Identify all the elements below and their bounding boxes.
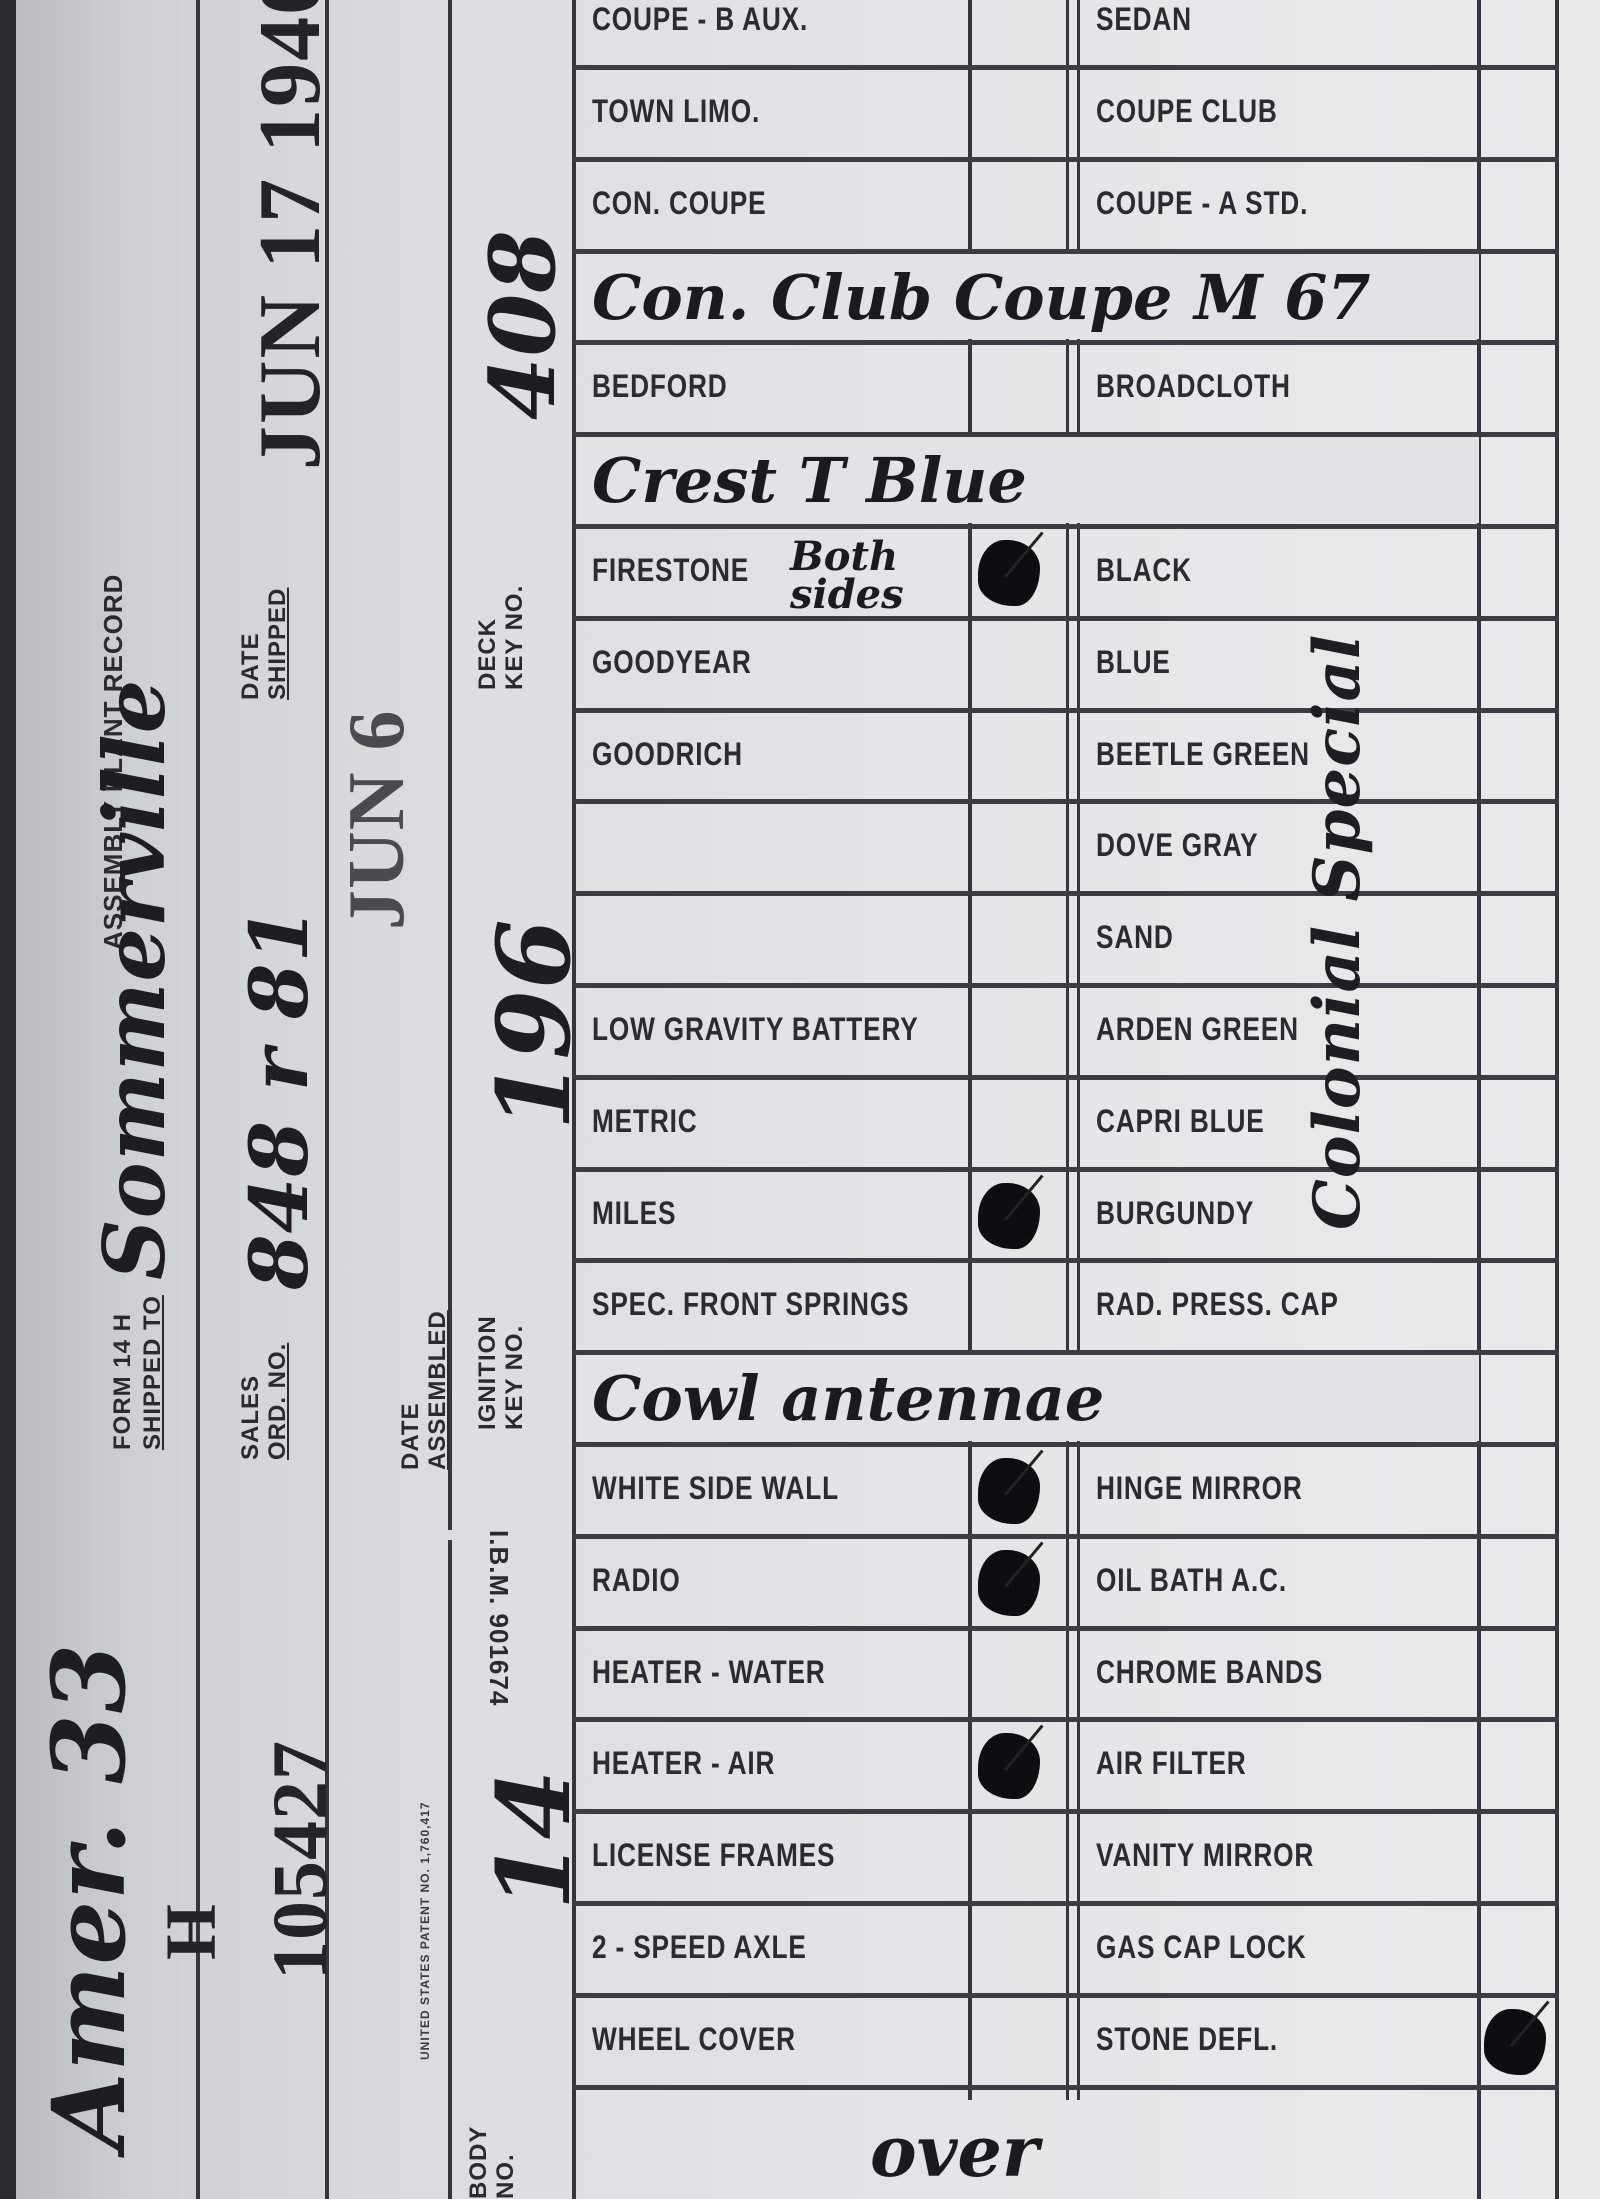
body-no-label-2: NO. [493,2153,519,2199]
option-label-left: MILES [592,1195,676,1232]
handwritten-entry: Crest T Blue [592,444,1027,517]
option-label-right: SAND [1096,919,1174,956]
option-checkbox-right[interactable] [1481,526,1555,618]
date-assembled-stamp: JUN 6 [332,709,423,930]
option-checkbox-right[interactable] [1481,1077,1555,1169]
ignition-key-label-2: KEY NO. [502,1325,528,1430]
table-right-rule [1555,0,1559,2199]
shipped-to-value: Sommerville [85,679,184,1280]
deck-key-value: 408 [470,229,576,420]
rule [196,0,200,2199]
option-label-left: GOODRICH [592,736,743,773]
option-label-left: BEDFORD [592,368,727,405]
option-checkbox-right[interactable] [1481,67,1555,159]
form-number: FORM 14 H [110,1313,136,1450]
option-label-left: SPEC. FRONT SPRINGS [592,1286,909,1323]
patent-text: UNITED STATES PATENT NO. 1,760,417 [418,1802,432,2061]
option-checkbox-right[interactable] [1481,159,1555,251]
option-label-right: ARDEN GREEN [1096,1011,1299,1048]
option-label-right: BLUE [1096,644,1171,681]
option-checkbox-left[interactable] [972,1903,1066,1995]
deck-key-label: DECK [475,618,501,690]
option-label-left: WHEEL COVER [592,2021,796,2058]
shipped-to-label: SHIPPED TO [140,1295,166,1450]
option-checkbox-left[interactable] [972,159,1066,251]
option-label-left: RADIO [592,1562,681,1599]
option-checkbox-right[interactable] [1481,801,1555,893]
punch-mark-icon [978,540,1040,606]
option-checkbox-left[interactable] [972,801,1066,893]
option-checkbox-right[interactable] [1481,1260,1555,1352]
ignition-key-label: IGNITION [475,1315,501,1430]
option-label-right: GAS CAP LOCK [1096,1929,1307,1966]
option-checkbox-right[interactable] [1481,1536,1555,1628]
option-label-right: BEETLE GREEN [1096,736,1310,773]
option-checkbox-right[interactable] [1481,1903,1555,1995]
option-label-right: OIL BATH A.C. [1096,1562,1287,1599]
ignition-key-value: 196 [475,918,593,1130]
option-label-right: COUPE - A STD. [1096,185,1308,222]
option-label-left: CON. COUPE [592,185,766,222]
option-checkbox-left[interactable] [972,710,1066,802]
option-checkbox-right[interactable] [1481,1628,1555,1720]
option-checkbox-left[interactable] [972,342,1066,434]
date-assembled-label: DATE [398,1402,424,1470]
option-label-left: GOODYEAR [592,644,752,681]
option-checkbox-left[interactable] [972,1260,1066,1352]
option-checkbox-right[interactable] [1481,1811,1555,1903]
handwritten-entry: Cowl antennae [592,1362,1104,1435]
footer-note: over [870,2110,1039,2193]
option-label-right: RAD. PRESS. CAP [1096,1286,1339,1323]
option-label-right: HINGE MIRROR [1096,1470,1303,1507]
option-label-right: SEDAN [1096,1,1192,38]
sales-order-label-2: ORD. NO. [265,1343,291,1460]
punch-mark-icon [1484,2009,1546,2075]
deck-key-label-2: KEY NO. [502,585,528,690]
ibm-number: I.B.M. 901674 [486,1530,512,1706]
option-checkbox-left[interactable] [972,0,1066,67]
option-label-right: BROADCLOTH [1096,368,1291,405]
option-checkbox-left[interactable] [972,618,1066,710]
sales-order-label: SALES [238,1375,264,1460]
option-label-left: LICENSE FRAMES [592,1837,835,1874]
serial-prefix: H [150,1903,233,1960]
body-no-value: 14 [475,1769,593,1910]
option-checkbox-right[interactable] [1481,985,1555,1077]
body-no-label: BODY [466,2126,492,2199]
option-label-left: LOW GRAVITY BATTERY [592,1011,919,1048]
option-label-right: VANITY MIRROR [1096,1837,1314,1874]
option-label-left: FIRESTONE [592,552,749,589]
option-label-left: COUPE - B AUX. [592,1,808,38]
sales-order-value: 848 r 81 [232,906,326,1290]
option-label-right: BLACK [1096,552,1192,589]
option-checkbox-right[interactable] [1481,710,1555,802]
option-checkbox-left[interactable] [972,985,1066,1077]
option-checkbox-right[interactable] [1481,1719,1555,1811]
option-label-left: WHITE SIDE WALL [592,1470,839,1507]
option-label-left: HEATER - WATER [592,1654,826,1691]
option-label-left: TOWN LIMO. [592,93,760,130]
date-shipped-label-2: SHIPPED [265,588,291,700]
serial-number: 105427 [255,1740,345,1980]
handwritten-note: Both sides [790,538,960,614]
option-checkbox-left[interactable] [972,67,1066,159]
option-checkbox-right[interactable] [1481,1169,1555,1261]
rule [448,0,452,1530]
option-checkbox-left[interactable] [972,1995,1066,2087]
option-label-right: CAPRI BLUE [1096,1103,1265,1140]
option-checkbox-left[interactable] [972,1077,1066,1169]
option-checkbox-right[interactable] [1481,342,1555,434]
punch-mark-icon [978,1183,1040,1249]
option-checkbox-left[interactable] [972,893,1066,985]
option-label-right: COUPE CLUB [1096,93,1278,130]
option-label-left: 2 - SPEED AXLE [592,1929,807,1966]
date-shipped-label: DATE [238,632,264,700]
option-label-left: METRIC [592,1103,697,1140]
option-checkbox-left[interactable] [972,1628,1066,1720]
option-checkbox-right[interactable] [1481,0,1555,67]
option-checkbox-right[interactable] [1481,618,1555,710]
handwritten-note: Amer. 33 [30,1643,148,2150]
card-edge [0,0,16,2199]
option-checkbox-right[interactable] [1481,893,1555,985]
punch-mark-icon [978,1458,1040,1524]
punch-mark-icon [978,1733,1040,1799]
rule [448,1540,452,2199]
side-note: Colonial Special [1300,634,1375,1230]
option-label-right: CHROME BANDS [1096,1654,1323,1691]
option-label-right: DOVE GRAY [1096,827,1258,864]
option-label-right: AIR FILTER [1096,1745,1247,1782]
option-checkbox-left[interactable] [972,1811,1066,1903]
option-label-right: STONE DEFL. [1096,2021,1278,2058]
date-shipped-stamp: JUN 17 1940 [240,0,341,470]
date-assembled-label-2: ASSEMBLED [425,1310,451,1470]
punch-mark-icon [978,1550,1040,1616]
option-label-right: BURGUNDY [1096,1195,1254,1232]
option-checkbox-right[interactable] [1481,1444,1555,1536]
option-label-left: HEATER - AIR [592,1745,775,1782]
handwritten-entry: Con. Club Coupe M 67 [592,261,1371,334]
